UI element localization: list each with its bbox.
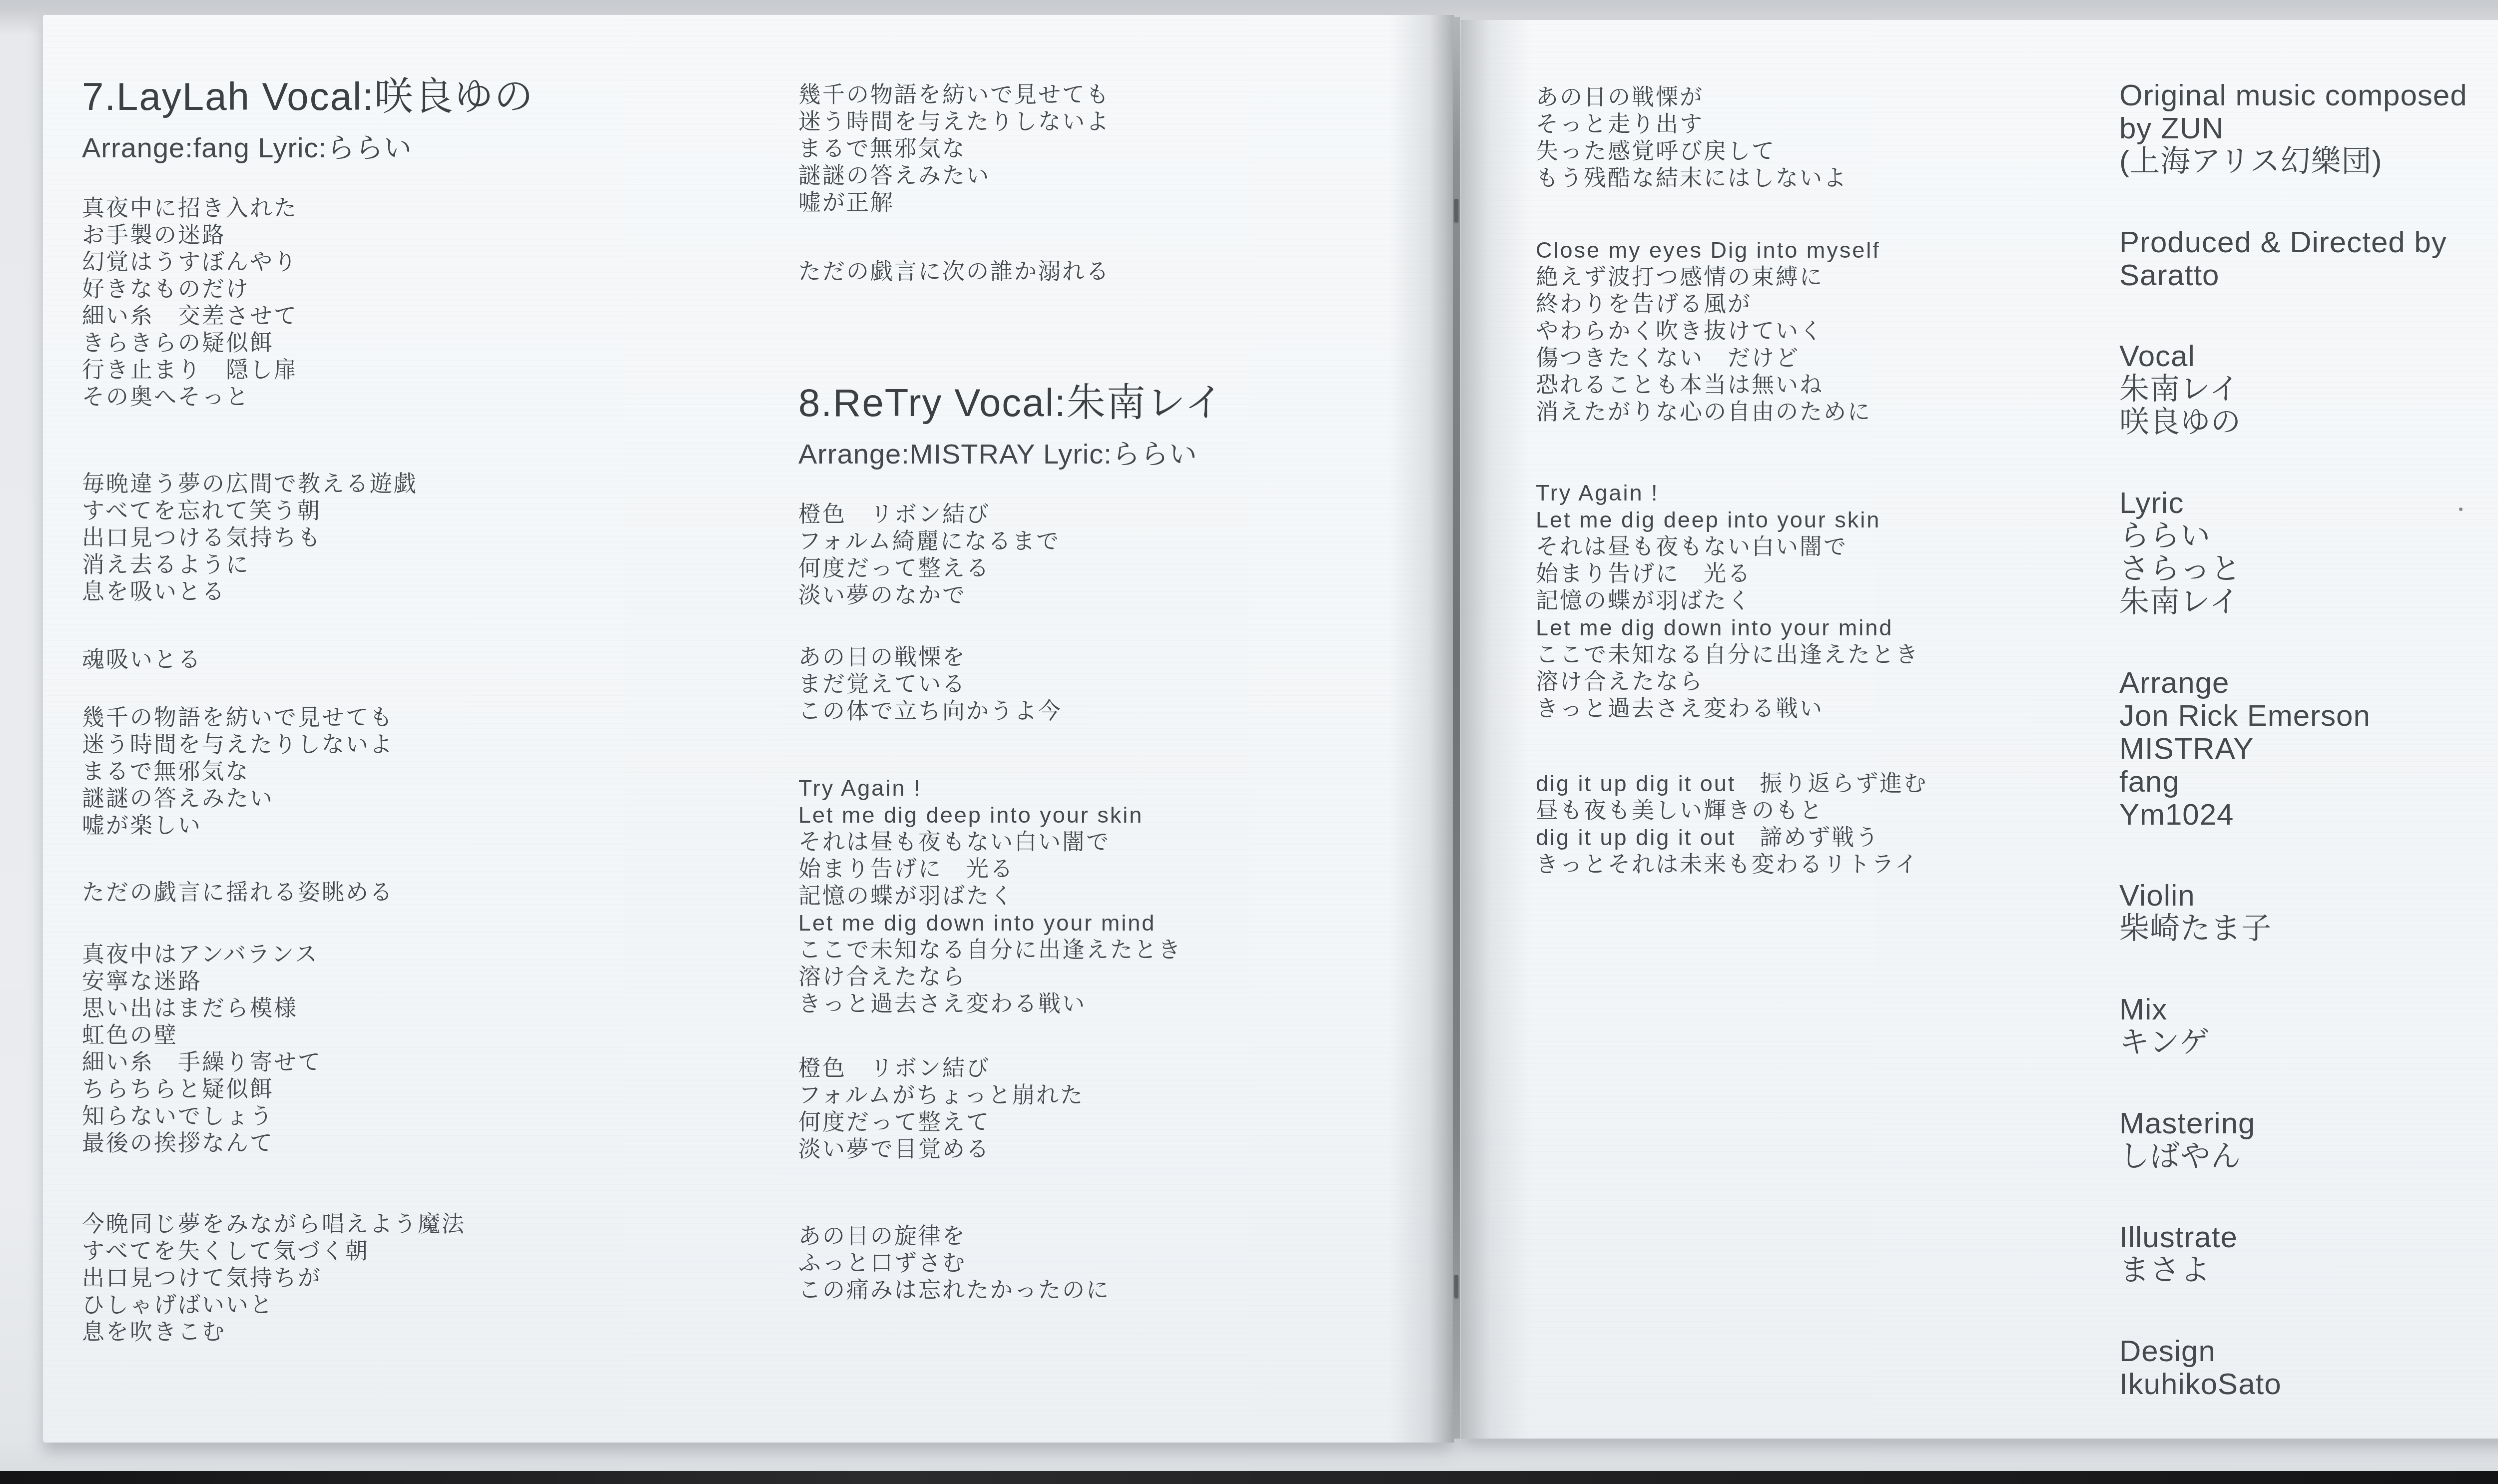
credit-section-mastering: Mastering しばやん	[2119, 1107, 2498, 1173]
credit-role: Mix	[2119, 993, 2498, 1026]
credit-names: 朱南レイ 咲良ゆの	[2119, 373, 2498, 439]
track8-title: 8.ReTry Vocal:朱南レイ	[798, 380, 1478, 425]
lyrics-stanza: dig it up dig it out 振り返らず進む 昼も夜も美しい輝きのも…	[1536, 770, 2195, 878]
booklet-spread-scan: 7.LayLah Vocal:咲良ゆの Arrange:fang Lyric:ら…	[0, 0, 2498, 1484]
lyrics-stanza: 毎晩違う夢の広間で教える遊戯 すべてを忘れて笑う朝 出口見つける気持ちも 消え去…	[82, 471, 761, 605]
credit-names: IkuhikoSato	[2119, 1368, 2498, 1401]
lyrics-stanza: あの日の戦慄が そっと走り出す 失った感覚呼び戻して もう残酷な結末にはしないよ	[1536, 84, 2195, 192]
track7-title: 7.LayLah Vocal:咲良ゆの	[82, 74, 761, 119]
credit-role: Mastering	[2119, 1107, 2498, 1140]
credit-role: Violin	[2119, 879, 2498, 912]
lyrics-stanza: 橙色 リボン結び フォルムがちょっと崩れた 何度だって整えて 淡い夢で目覚める	[798, 1055, 1478, 1163]
lyrics-stanza: 橙色 リボン結び フォルム綺麗になるまで 何度だって整える 淡い夢のなかで	[798, 501, 1478, 609]
credit-section-violin: Violin 柴崎たま子	[2119, 879, 2498, 945]
scanner-bed-strip	[0, 1471, 2498, 1484]
lyrics-stanza: 真夜中はアンバランス 安寧な迷路 思い出はまだら模様 虹色の壁 細い糸 手繰り寄…	[82, 941, 761, 1157]
credit-names: しばやん	[2119, 1140, 2498, 1173]
lyrics-stanza: Try Again ! Let me dig deep into your sk…	[798, 775, 1478, 1017]
credit-names: キンゲ	[2119, 1026, 2498, 1059]
credit-section-lyric: Lyric ららい さらっと 朱南レイ	[2119, 487, 2498, 618]
credit-role: Illustrate	[2119, 1221, 2498, 1254]
lyrics-stanza: ただの戯言に次の誰か溺れる	[798, 258, 1478, 285]
credit-section-arrange: Arrange Jon Rick Emerson MISTRAY fang Ym…	[2119, 666, 2498, 831]
credit-section-illustrate: Illustrate まさよ	[2119, 1221, 2498, 1287]
lyrics-stanza: Try Again ! Let me dig deep into your sk…	[1536, 480, 2195, 722]
lyrics-column-1: 7.LayLah Vocal:咲良ゆの Arrange:fang Lyric:ら…	[82, 74, 761, 1346]
lyrics-stanza: 真夜中に招き入れた お手製の迷路 幻覚はうすぼんやり 好きなものだけ 細い糸 交…	[82, 195, 761, 411]
credit-role: Lyric	[2119, 487, 2498, 519]
credit-names: まさよ	[2119, 1254, 2498, 1287]
credit-section-mix: Mix キンゲ	[2119, 993, 2498, 1059]
lyrics-stanza: 幾千の物語を紡いで見せても 迷う時間を与えたりしないよ まるで無邪気な 謎謎の答…	[82, 704, 761, 839]
lyrics-stanza: Close my eyes Dig into myself 絶えず波打つ感情の束…	[1536, 237, 2195, 426]
credit-composer: Original music composed by ZUN (上海アリス幻樂団…	[2119, 79, 2498, 178]
track7-credit: Arrange:fang Lyric:ららい	[82, 132, 761, 164]
credit-section-design: Design IkuhikoSato	[2119, 1335, 2498, 1401]
credit-role: Vocal	[2119, 340, 2498, 373]
credit-names: ららい さらっと 朱南レイ	[2119, 519, 2498, 618]
credit-producer: Produced & Directed by Saratto	[2119, 226, 2498, 292]
lyrics-column-2: 幾千の物語を紡いで見せても 迷う時間を与えたりしないよ まるで無邪気な 謎謎の答…	[798, 81, 1478, 1304]
credit-role: Design	[2119, 1335, 2498, 1368]
credits-list: Original music composed by ZUN (上海アリス幻樂団…	[2119, 79, 2498, 1449]
credits-column: Original music composed by ZUN (上海アリス幻樂団…	[2119, 79, 2498, 1398]
lyrics-stanza: 幾千の物語を紡いで見せても 迷う時間を与えたりしないよ まるで無邪気な 謎謎の答…	[798, 81, 1478, 216]
lyrics-stanza: 魂吸いとる	[82, 646, 761, 673]
credit-role: Arrange	[2119, 666, 2498, 699]
lyrics-stanza: あの日の戦慄を まだ覚えている この体で立ち向かうよ今	[798, 644, 1478, 725]
lyrics-column-3: あの日の戦慄が そっと走り出す 失った感覚呼び戻して もう残酷な結末にはしないよ…	[1536, 84, 2195, 878]
credit-names: 柴崎たま子	[2119, 912, 2498, 945]
credit-names: Jon Rick Emerson MISTRAY fang Ym1024	[2119, 699, 2498, 831]
track8-credit: Arrange:MISTRAY Lyric:ららい	[798, 438, 1478, 470]
lyrics-stanza: 今晩同じ夢をみながら唱えよう魔法 すべてを失くして気づく朝 出口見つけて気持ちが…	[82, 1211, 761, 1346]
credit-section-vocal: Vocal 朱南レイ 咲良ゆの	[2119, 340, 2498, 439]
lyrics-stanza: ただの戯言に揺れる姿眺める	[82, 879, 761, 906]
lyrics-stanza: あの日の旋律を ふっと口ずさむ この痛みは忘れたかったのに	[798, 1223, 1478, 1304]
